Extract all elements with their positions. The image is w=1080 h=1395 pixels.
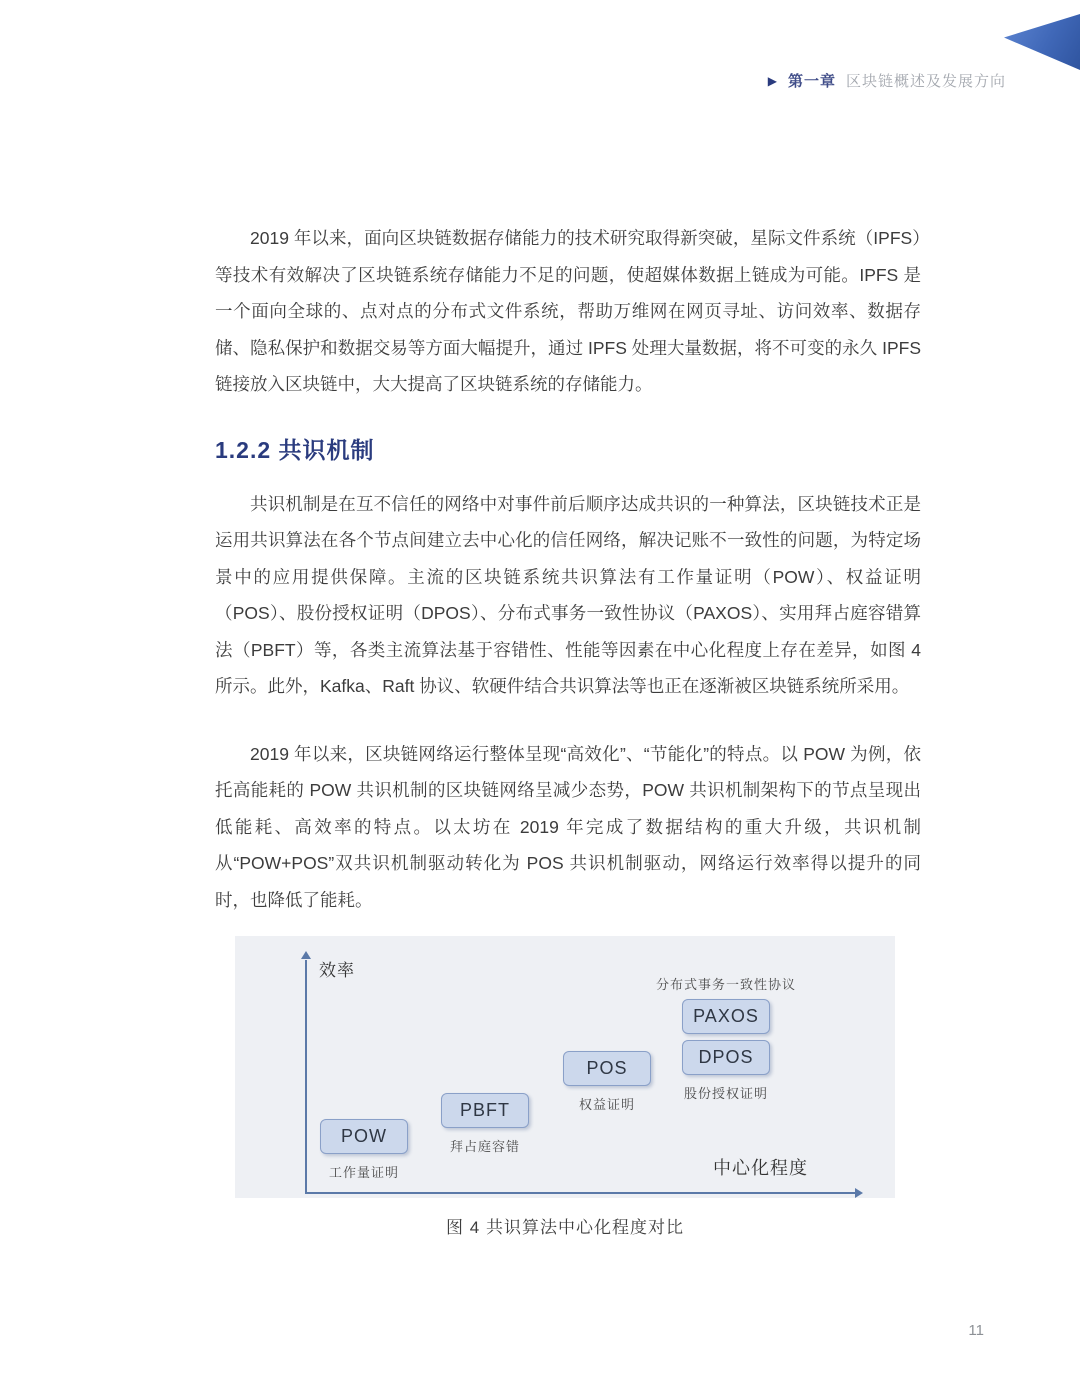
figure-node-paxos: PAXOS 分布式事务一致性协议 xyxy=(682,999,770,1034)
pbft-sublabel: 拜占庭容错 xyxy=(450,1136,520,1155)
corner-triangle-decoration xyxy=(1004,14,1080,70)
y-axis-arrow-icon xyxy=(301,951,311,959)
figure-node-dpos: DPOS 股份授权证明 xyxy=(682,1040,770,1075)
chapter-title: 区块链概述及发展方向 xyxy=(846,70,1006,91)
figure-node-pos: POS 权益证明 xyxy=(563,1051,651,1086)
figure-node-pbft: PBFT 拜占庭容错 xyxy=(441,1093,529,1128)
x-axis-arrow-icon xyxy=(855,1188,863,1198)
figure-caption: 图 4 共识算法中心化程度对比 xyxy=(235,1213,895,1238)
dpos-box: DPOS xyxy=(682,1040,770,1075)
figure-node-pow: POW 工作量证明 xyxy=(320,1119,408,1154)
figure-4: 效率 中心化程度 POW 工作量证明 PBFT 拜占庭容错 POS 权益证明 D… xyxy=(235,936,895,1238)
y-axis-label: 效率 xyxy=(319,956,355,981)
page-number: 11 xyxy=(968,1322,984,1339)
paxos-box: PAXOS xyxy=(682,999,770,1034)
pbft-box: PBFT xyxy=(441,1093,529,1128)
chapter-number: 第一章 xyxy=(788,70,836,91)
running-header: ▶ 第一章 区块链概述及发展方向 xyxy=(768,70,1006,91)
dpos-sublabel: 股份授权证明 xyxy=(684,1083,768,1102)
paragraph-consensus: 共识机制是在互不信任的网络中对事件前后顺序达成共识的一种算法，区块链技术正是运用… xyxy=(215,486,921,705)
body-content: 2019 年以来，面向区块链数据存储能力的技术研究取得新突破，星际文件系统（IP… xyxy=(215,220,921,918)
paxos-sublabel: 分布式事务一致性协议 xyxy=(656,974,796,993)
section-heading: 1.2.2 共识机制 xyxy=(215,432,921,465)
paragraph-2019-trend: 2019 年以来，区块链网络运行整体呈现“高效化”、“节能化”的特点。以 POW… xyxy=(215,736,921,919)
x-axis-label: 中心化程度 xyxy=(713,1154,808,1180)
paragraph-ipfs: 2019 年以来，面向区块链数据存储能力的技术研究取得新突破，星际文件系统（IP… xyxy=(215,220,921,403)
pow-box: POW xyxy=(320,1119,408,1154)
figure-chart-area: 效率 中心化程度 POW 工作量证明 PBFT 拜占庭容错 POS 权益证明 D… xyxy=(235,936,895,1198)
chapter-arrow-icon: ▶ xyxy=(768,75,778,87)
pow-sublabel: 工作量证明 xyxy=(329,1162,399,1181)
y-axis xyxy=(305,960,307,1193)
x-axis xyxy=(305,1192,857,1194)
pos-box: POS xyxy=(563,1051,651,1086)
document-page: ▶ 第一章 区块链概述及发展方向 2019 年以来，面向区块链数据存储能力的技术… xyxy=(0,0,1080,1395)
pos-sublabel: 权益证明 xyxy=(579,1094,635,1113)
